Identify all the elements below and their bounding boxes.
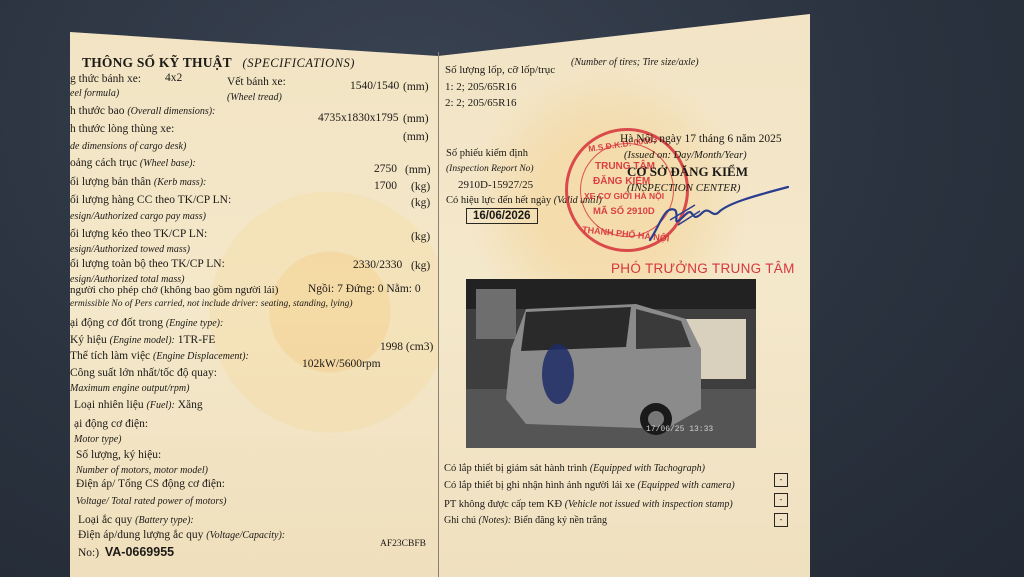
tires-label: Số lượng lốp, cỡ lốp/trục (445, 64, 555, 77)
total-mass-value: 2330/2330 (353, 259, 402, 272)
serial-number: No:) VA-0669955 (78, 546, 174, 560)
specifications-title: THÔNG SỐ KỸ THUẬT (SPECIFICATIONS) (82, 56, 355, 70)
tires-label-en: (Number of tires; Tire size/axle) (571, 56, 699, 69)
towed-mass-label-en: esign/Authorized towed mass) (70, 243, 190, 256)
motors-number-label: Số lượng, ký hiệu: (76, 449, 161, 462)
motor-voltage-label: Điện áp/ Tổng CS động cơ điện: (76, 478, 225, 491)
persons-label-en: ermissible No of Pers carried, not inclu… (70, 298, 353, 311)
inspection-report-label-en: (Inspection Report No) (446, 163, 534, 176)
battery-voltage-label: Điện áp/dung lượng ắc quy (Voltage/Capac… (78, 529, 285, 542)
tachograph-checkbox: - (774, 473, 788, 487)
valid-until-date: 16/06/2026 (466, 208, 538, 224)
engine-displacement-label: Thể tích làm việc (Engine Displacement): (70, 350, 249, 363)
vehicle-photo: 17/06/25 13:33 (466, 279, 756, 448)
persons-value: Ngồi: 7 Đứng: 0 Nằm: 0 (308, 283, 421, 296)
wheel-tread-value: 1540/1540 (350, 80, 399, 93)
cargo-dimensions-label-en: de dimensions of cargo desk) (70, 140, 186, 153)
total-mass-label: ối lượng toàn bộ theo TK/CP LN: (70, 258, 225, 271)
wheel-tread-label-en: (Wheel tread) (227, 91, 282, 104)
tire-axle-2: 2: 2; 205/65R16 (445, 97, 517, 110)
battery-type-label: Loại ắc quy (Battery type): (78, 514, 194, 527)
engine-type-label: ại động cơ đốt trong (Engine type): (70, 317, 223, 330)
motor-type-label-en: Motor type) (74, 433, 122, 446)
notes: Ghi chú (Notes): Biển đăng ký nền trắng (444, 514, 607, 527)
wheel-base-value: 2750 (374, 163, 397, 176)
engine-displacement-value: 1998 (cm3) (380, 341, 433, 354)
issued-place-date: Hà Nội, ngày 17 tháng 6 năm 2025 (620, 133, 782, 146)
wheel-base-label: oảng cách trục (Wheel base): (70, 157, 196, 170)
equipment-no-stamp: PT không được cấp tem KĐ (Vehicle not is… (444, 498, 733, 511)
wheel-formula-value: 4x2 (165, 72, 182, 85)
inspection-report-number: 2910D-15927/25 (458, 179, 533, 192)
kerb-mass-unit: (kg) (411, 181, 430, 194)
cargo-mass-label: ối lượng hàng CC theo TK/CP LN: (70, 194, 231, 207)
signature (640, 185, 790, 245)
towed-mass-unit: (kg) (411, 231, 430, 244)
fold-divider (438, 52, 439, 577)
max-output-label: Công suất lớn nhất/tốc độ quay: (70, 367, 217, 380)
camera-checkbox: - (774, 493, 788, 507)
cargo-dimensions-label: h thước lòng thùng xe: (70, 123, 174, 136)
motor-voltage-label-en: Voltage/ Total rated power of motors) (76, 495, 226, 508)
document-code: AF23CBFB (380, 538, 426, 551)
fuel-value: Xăng (178, 399, 203, 411)
kerb-mass-label: ối lượng bản thân (Kerb mass): (70, 176, 206, 189)
cargo-dimensions-unit: (mm) (403, 131, 429, 144)
towed-mass-label: ối lượng kéo theo TK/CP LN: (70, 228, 207, 241)
overall-dimensions-unit: (mm) (403, 113, 429, 126)
overall-dimensions-label: h thước bao (Overall dimensions): (70, 105, 215, 118)
title-vi: THÔNG SỐ KỸ THUẬT (82, 55, 232, 70)
photo-timestamp: 17/06/25 13:33 (646, 423, 713, 436)
equipment-camera: Có lắp thiết bị ghi nhận hình ảnh người … (444, 479, 735, 492)
inspection-report-label: Số phiếu kiểm định (446, 147, 528, 160)
overall-dimensions-value: 4735x1830x1795 (318, 112, 399, 125)
cargo-mass-unit: (kg) (411, 197, 430, 210)
title-en: (SPECIFICATIONS) (243, 56, 355, 70)
serial-number-value: VA-0669955 (105, 545, 174, 559)
max-output-value: 102kW/5600rpm (302, 358, 381, 371)
kerb-mass-value: 1700 (374, 180, 397, 193)
persons-label: người cho phép chở (không bao gồm người … (70, 284, 278, 297)
wheel-formula-label: g thức bánh xe: (70, 73, 141, 86)
inspection-center-name: CƠ SỞ ĐĂNG KIỂM (627, 165, 748, 178)
tire-axle-1: 1: 2; 205/65R16 (445, 81, 517, 94)
total-mass-unit: (kg) (411, 260, 430, 273)
wheel-formula-label-en: eel formula) (70, 87, 119, 100)
notes-value: Biển đăng ký nền trắng (514, 515, 607, 526)
no-stamp-checkbox: - (774, 513, 788, 527)
engine-model-value: 1TR-FE (178, 334, 216, 346)
motors-number-label-en: Number of motors, motor model) (76, 464, 208, 477)
signer-title: PHÓ TRƯỞNG TRUNG TÂM (611, 261, 795, 276)
max-output-label-en: Maximum engine output/rpm) (70, 382, 189, 395)
fuel-label: Loại nhiên liệu (Fuel): Xăng (74, 399, 203, 412)
wheel-tread-label: Vết bánh xe: (227, 76, 286, 89)
motor-type-label: ại động cơ điện: (74, 418, 148, 431)
equipment-tachograph: Có lắp thiết bị giám sát hành trình (Equ… (444, 462, 705, 475)
issued-label-en: (Issued on: Day/Month/Year) (624, 149, 747, 162)
wheel-tread-unit: (mm) (403, 81, 429, 94)
wheel-base-unit: (mm) (405, 164, 431, 177)
engine-model-label: Ký hiệu (Engine model): 1TR-FE (70, 334, 215, 347)
cargo-mass-label-en: esign/Authorized cargo pay mass) (70, 210, 206, 223)
